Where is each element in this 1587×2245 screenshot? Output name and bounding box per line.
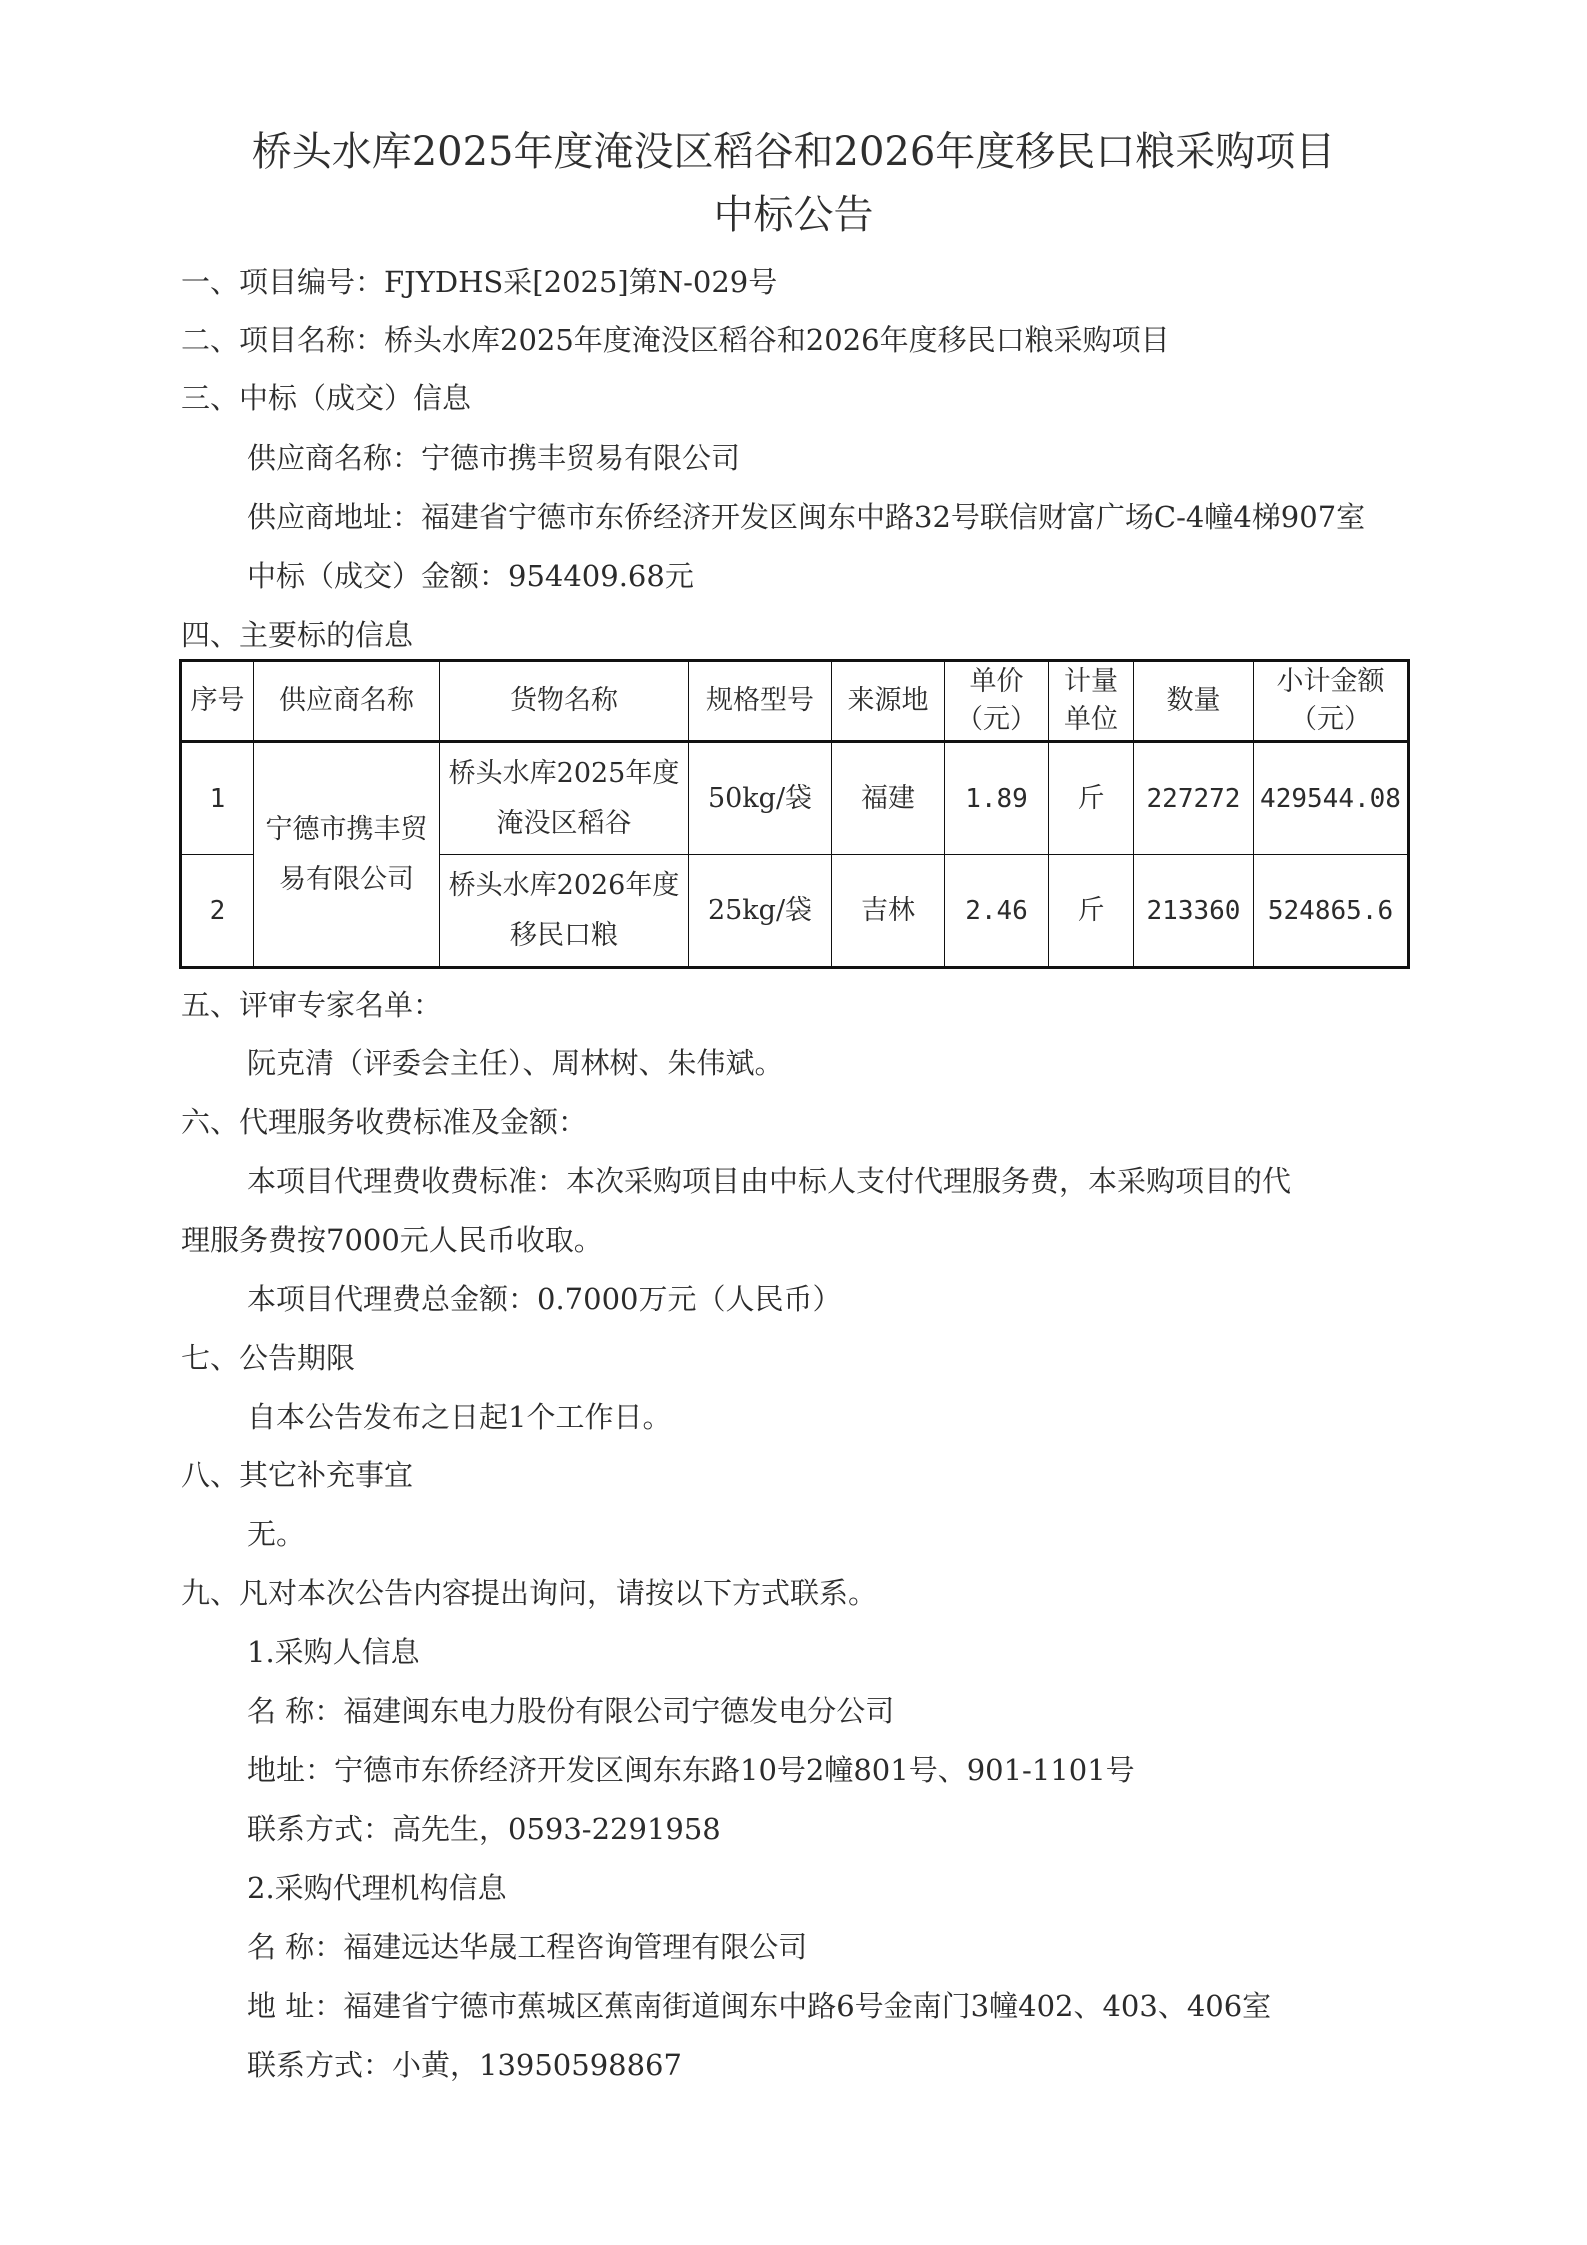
page-title: 桥头水库2025年度淹没区稻谷和2026年度移民口粮采购项目 — [0, 122, 1587, 182]
purchaser-address: 地址：宁德市东侨经济开发区闽东东路10号2幢801号、901-1101号 — [247, 1750, 1135, 1790]
col-header-seq: 序号 — [181, 661, 254, 742]
cell-subtotal: 429544.08 — [1254, 742, 1409, 855]
supplier-address: 供应商地址：福建省宁德市东侨经济开发区闽东中路32号联信财富广场C-4幢4梯90… — [247, 497, 1365, 537]
cell-seq: 1 — [181, 742, 254, 855]
agency-contact: 联系方式：小黄，13950598867 — [247, 2045, 682, 2085]
agency-info-heading: 2.采购代理机构信息 — [247, 1868, 507, 1908]
cell-quantity: 227272 — [1134, 742, 1254, 855]
purchaser-name: 名 称：福建闽东电力股份有限公司宁德发电分公司 — [247, 1691, 894, 1731]
section-heading-notice-period: 七、公告期限 — [181, 1338, 355, 1378]
section-heading-award-info: 三、中标（成交）信息 — [181, 378, 471, 418]
cell-subtotal: 524865.6 — [1254, 855, 1409, 968]
supplier-name: 供应商名称：宁德市携丰贸易有限公司 — [247, 438, 740, 478]
other-matters: 无。 — [247, 1514, 305, 1554]
col-header-unit: 计量单位 — [1049, 661, 1134, 742]
project-number: 一、项目编号：FJYDHS采[2025]第N-029号 — [181, 262, 777, 302]
notice-period: 自本公告发布之日起1个工作日。 — [247, 1397, 671, 1437]
purchaser-contact: 联系方式：高先生，0593-2291958 — [247, 1809, 721, 1849]
document-page: 桥头水库2025年度淹没区稻谷和2026年度移民口粮采购项目 中标公告 一、项目… — [0, 0, 1587, 2245]
cell-goods: 桥头水库2025年度淹没区稻谷 — [440, 742, 689, 855]
col-header-spec: 规格型号 — [689, 661, 832, 742]
agency-name: 名 称：福建远达华晟工程咨询管理有限公司 — [247, 1927, 807, 1967]
bid-items-table: 序号 供应商名称 货物名称 规格型号 来源地 单价（元） 计量单位 数量 小计金… — [179, 659, 1410, 969]
table-row: 1 宁德市携丰贸易有限公司 桥头水库2025年度淹没区稻谷 50kg/袋 福建 … — [181, 742, 1409, 855]
cell-seq: 2 — [181, 855, 254, 968]
agency-fee-total: 本项目代理费总金额：0.7000万元（人民币） — [247, 1279, 841, 1319]
cell-origin: 吉林 — [832, 855, 945, 968]
cell-supplier: 宁德市携丰贸易有限公司 — [254, 742, 440, 968]
bid-amount: 中标（成交）金额：954409.68元 — [247, 556, 694, 596]
agency-fee-standard: 本项目代理费收费标准：本次采购项目由中标人支付代理服务费，本采购项目的代 — [247, 1161, 1291, 1201]
agency-address: 地 址：福建省宁德市蕉城区蕉南街道闽东中路6号金南门3幢402、403、406室 — [247, 1986, 1271, 2026]
cell-goods: 桥头水库2026年度移民口粮 — [440, 855, 689, 968]
purchaser-info-heading: 1.采购人信息 — [247, 1632, 420, 1672]
section-heading-contact: 九、凡对本次公告内容提出询问，请按以下方式联系。 — [181, 1573, 877, 1613]
cell-unit: 斤 — [1049, 855, 1134, 968]
section-heading-experts: 五、评审专家名单： — [181, 985, 442, 1025]
cell-unit: 斤 — [1049, 742, 1134, 855]
section-heading-other-matters: 八、其它补充事宜 — [181, 1455, 413, 1495]
section-heading-agency-fee: 六、代理服务收费标准及金额： — [181, 1102, 587, 1142]
cell-unit-price: 1.89 — [945, 742, 1049, 855]
expert-list: 阮克清（评委会主任）、周林树、朱伟斌。 — [247, 1043, 784, 1083]
cell-spec: 50kg/袋 — [689, 742, 832, 855]
agency-fee-standard-cont: 理服务费按7000元人民币收取。 — [181, 1220, 603, 1260]
cell-quantity: 213360 — [1134, 855, 1254, 968]
project-name: 二、项目名称：桥头水库2025年度淹没区稻谷和2026年度移民口粮采购项目 — [181, 320, 1170, 360]
cell-unit-price: 2.46 — [945, 855, 1049, 968]
col-header-supplier: 供应商名称 — [254, 661, 440, 742]
col-header-quantity: 数量 — [1134, 661, 1254, 742]
col-header-goods: 货物名称 — [440, 661, 689, 742]
table-header-row: 序号 供应商名称 货物名称 规格型号 来源地 单价（元） 计量单位 数量 小计金… — [181, 661, 1409, 742]
cell-origin: 福建 — [832, 742, 945, 855]
col-header-subtotal: 小计金额（元） — [1254, 661, 1409, 742]
page-subtitle: 中标公告 — [0, 185, 1587, 245]
col-header-origin: 来源地 — [832, 661, 945, 742]
cell-spec: 25kg/袋 — [689, 855, 832, 968]
section-heading-main-items: 四、主要标的信息 — [181, 615, 413, 655]
col-header-unit-price: 单价（元） — [945, 661, 1049, 742]
